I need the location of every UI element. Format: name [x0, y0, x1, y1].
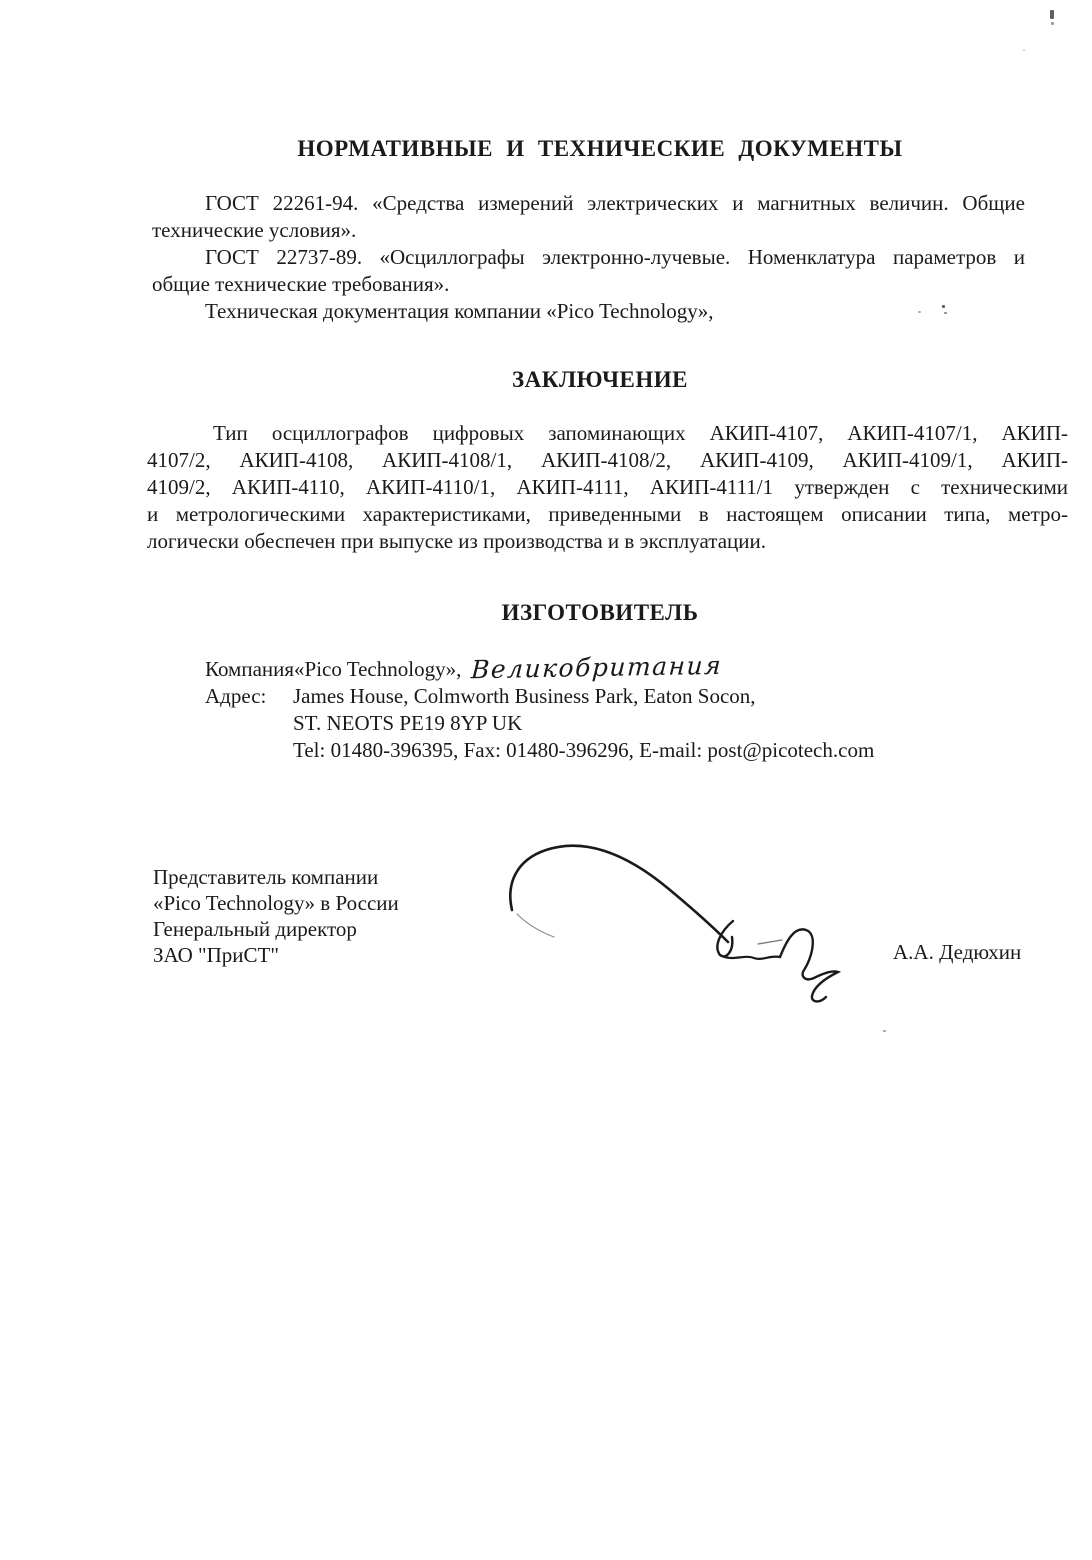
conclusion-line-4: и метрологическими характеристиками, при… [147, 501, 1068, 528]
scan-artifact [1050, 10, 1054, 19]
company-label: Компания [205, 656, 294, 683]
gost-22261-line-2: технические условия». [152, 217, 1025, 244]
manufacturer-address-row: Адрес: James House, Colmworth Business P… [205, 683, 1067, 710]
company-name-text: «Pico Technology», [294, 657, 461, 681]
representative-block: Представитель компании «Pico Technology»… [153, 864, 513, 968]
conclusion-line-1: Тип осциллографов цифровых запоминающих … [147, 420, 1068, 447]
gost-22737-line-2: общие технические требования». [152, 271, 1025, 298]
address-line-1: James House, Colmworth Business Park, Ea… [293, 683, 756, 710]
signature-stroke-icon [470, 824, 870, 1009]
country-handwritten-note: Великобритания [471, 652, 724, 683]
conclusion-line-5: логически обеспечен при выпуске из произ… [147, 528, 1068, 555]
normative-documents-paragraphs: ГОСТ 22261-94. «Средства измерений элект… [152, 190, 1025, 325]
representative-line-2: «Pico Technology» в России [153, 890, 513, 916]
scan-artifact [944, 312, 947, 314]
technical-documentation-line: Техническая документация компании «Pico … [152, 298, 1025, 325]
address-line-2: ST. NEOTS PE19 8YP UK [205, 710, 1067, 737]
gost-22261-line-1: ГОСТ 22261-94. «Средства измерений элект… [152, 190, 1025, 217]
conclusion-line-2: 4107/2, АКИП-4108, АКИП-4108/1, АКИП-410… [147, 447, 1068, 474]
manufacturer-company-row: Компания «Pico Technology»,Великобритани… [205, 654, 1067, 683]
signer-name: А.А. Дедюхин [893, 940, 1021, 965]
gost-22737-line-1: ГОСТ 22737-89. «Осциллографы электронно-… [152, 244, 1025, 271]
handwritten-signature [470, 824, 870, 1009]
section-title-manufacturer: ИЗГОТОВИТЕЛЬ [147, 600, 1053, 626]
scan-artifact [1023, 49, 1025, 51]
manufacturer-info: Компания «Pico Technology»,Великобритани… [205, 654, 1067, 764]
address-label: Адрес: [205, 683, 293, 710]
conclusion-paragraph: Тип осциллографов цифровых запоминающих … [147, 420, 1068, 555]
scanned-document-page: НОРМАТИВНЫЕ И ТЕХНИЧЕСКИЕ ДОКУМЕНТЫ ГОСТ… [0, 0, 1092, 1560]
section-title-normative-documents: НОРМАТИВНЫЕ И ТЕХНИЧЕСКИЕ ДОКУМЕНТЫ [147, 136, 1053, 162]
scan-artifact [883, 1030, 886, 1032]
representative-line-3: Генеральный директор [153, 916, 513, 942]
section-title-conclusion: ЗАКЛЮЧЕНИЕ [147, 367, 1053, 393]
scan-artifact [942, 305, 945, 308]
representative-line-1: Представитель компании [153, 864, 513, 890]
contacts-line: Tel: 01480-396395, Fax: 01480-396296, E-… [205, 737, 1067, 764]
company-name: «Pico Technology»,Великобритания [294, 654, 723, 683]
scan-artifact [918, 311, 921, 313]
conclusion-line-3: 4109/2, АКИП-4110, АКИП-4110/1, АКИП-411… [147, 474, 1068, 501]
representative-line-4: ЗАО "ПриСТ" [153, 942, 513, 968]
scan-artifact [1051, 22, 1054, 25]
